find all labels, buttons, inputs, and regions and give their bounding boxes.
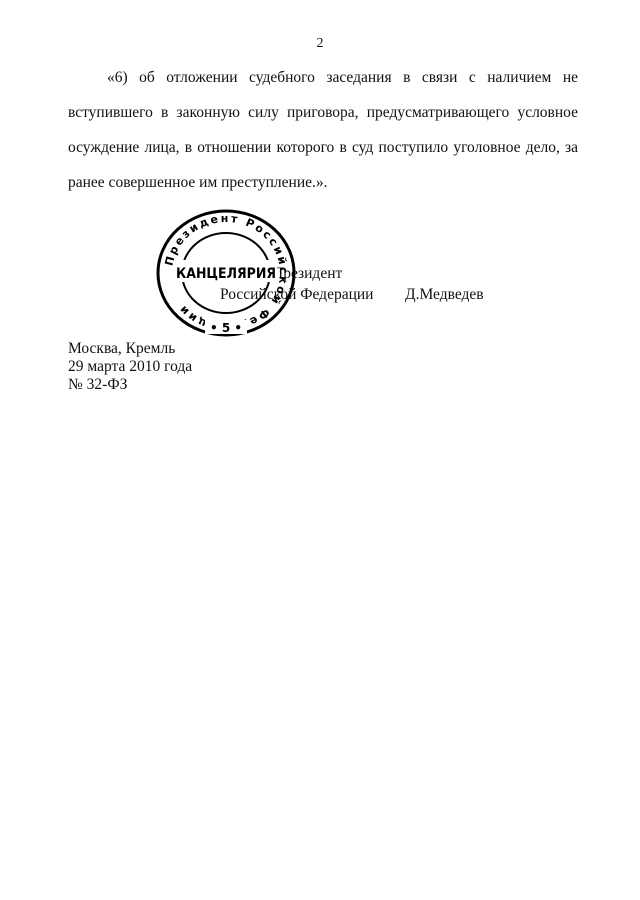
paragraph-line: ранее совершенное им преступление.». xyxy=(68,165,578,200)
paragraph-line: «6) об отложении судебного заседания в с… xyxy=(68,60,578,95)
signing-date: 29 марта 2010 года xyxy=(68,358,192,376)
law-paragraph: «6) об отложении судебного заседания в с… xyxy=(68,60,578,200)
paragraph-line: вступившего в законную силу приговора, п… xyxy=(68,95,578,130)
stamp-center-text: КАНЦЕЛЯРИЯ xyxy=(176,266,276,282)
signing-details: Москва, Кремль 29 марта 2010 года № 32-Ф… xyxy=(68,340,192,394)
signatory-name: Д.Медведев xyxy=(405,286,484,304)
official-stamp-icon: Президент Российской Федерации КАНЦЕЛЯРИ… xyxy=(155,208,297,338)
law-number: № 32-ФЗ xyxy=(68,376,192,394)
stamp-bottom-text: • 5 • xyxy=(210,321,242,335)
signing-place: Москва, Кремль xyxy=(68,340,192,358)
page-number: 2 xyxy=(0,36,640,52)
paragraph-line: осуждение лица, в отношении которого в с… xyxy=(68,130,578,165)
